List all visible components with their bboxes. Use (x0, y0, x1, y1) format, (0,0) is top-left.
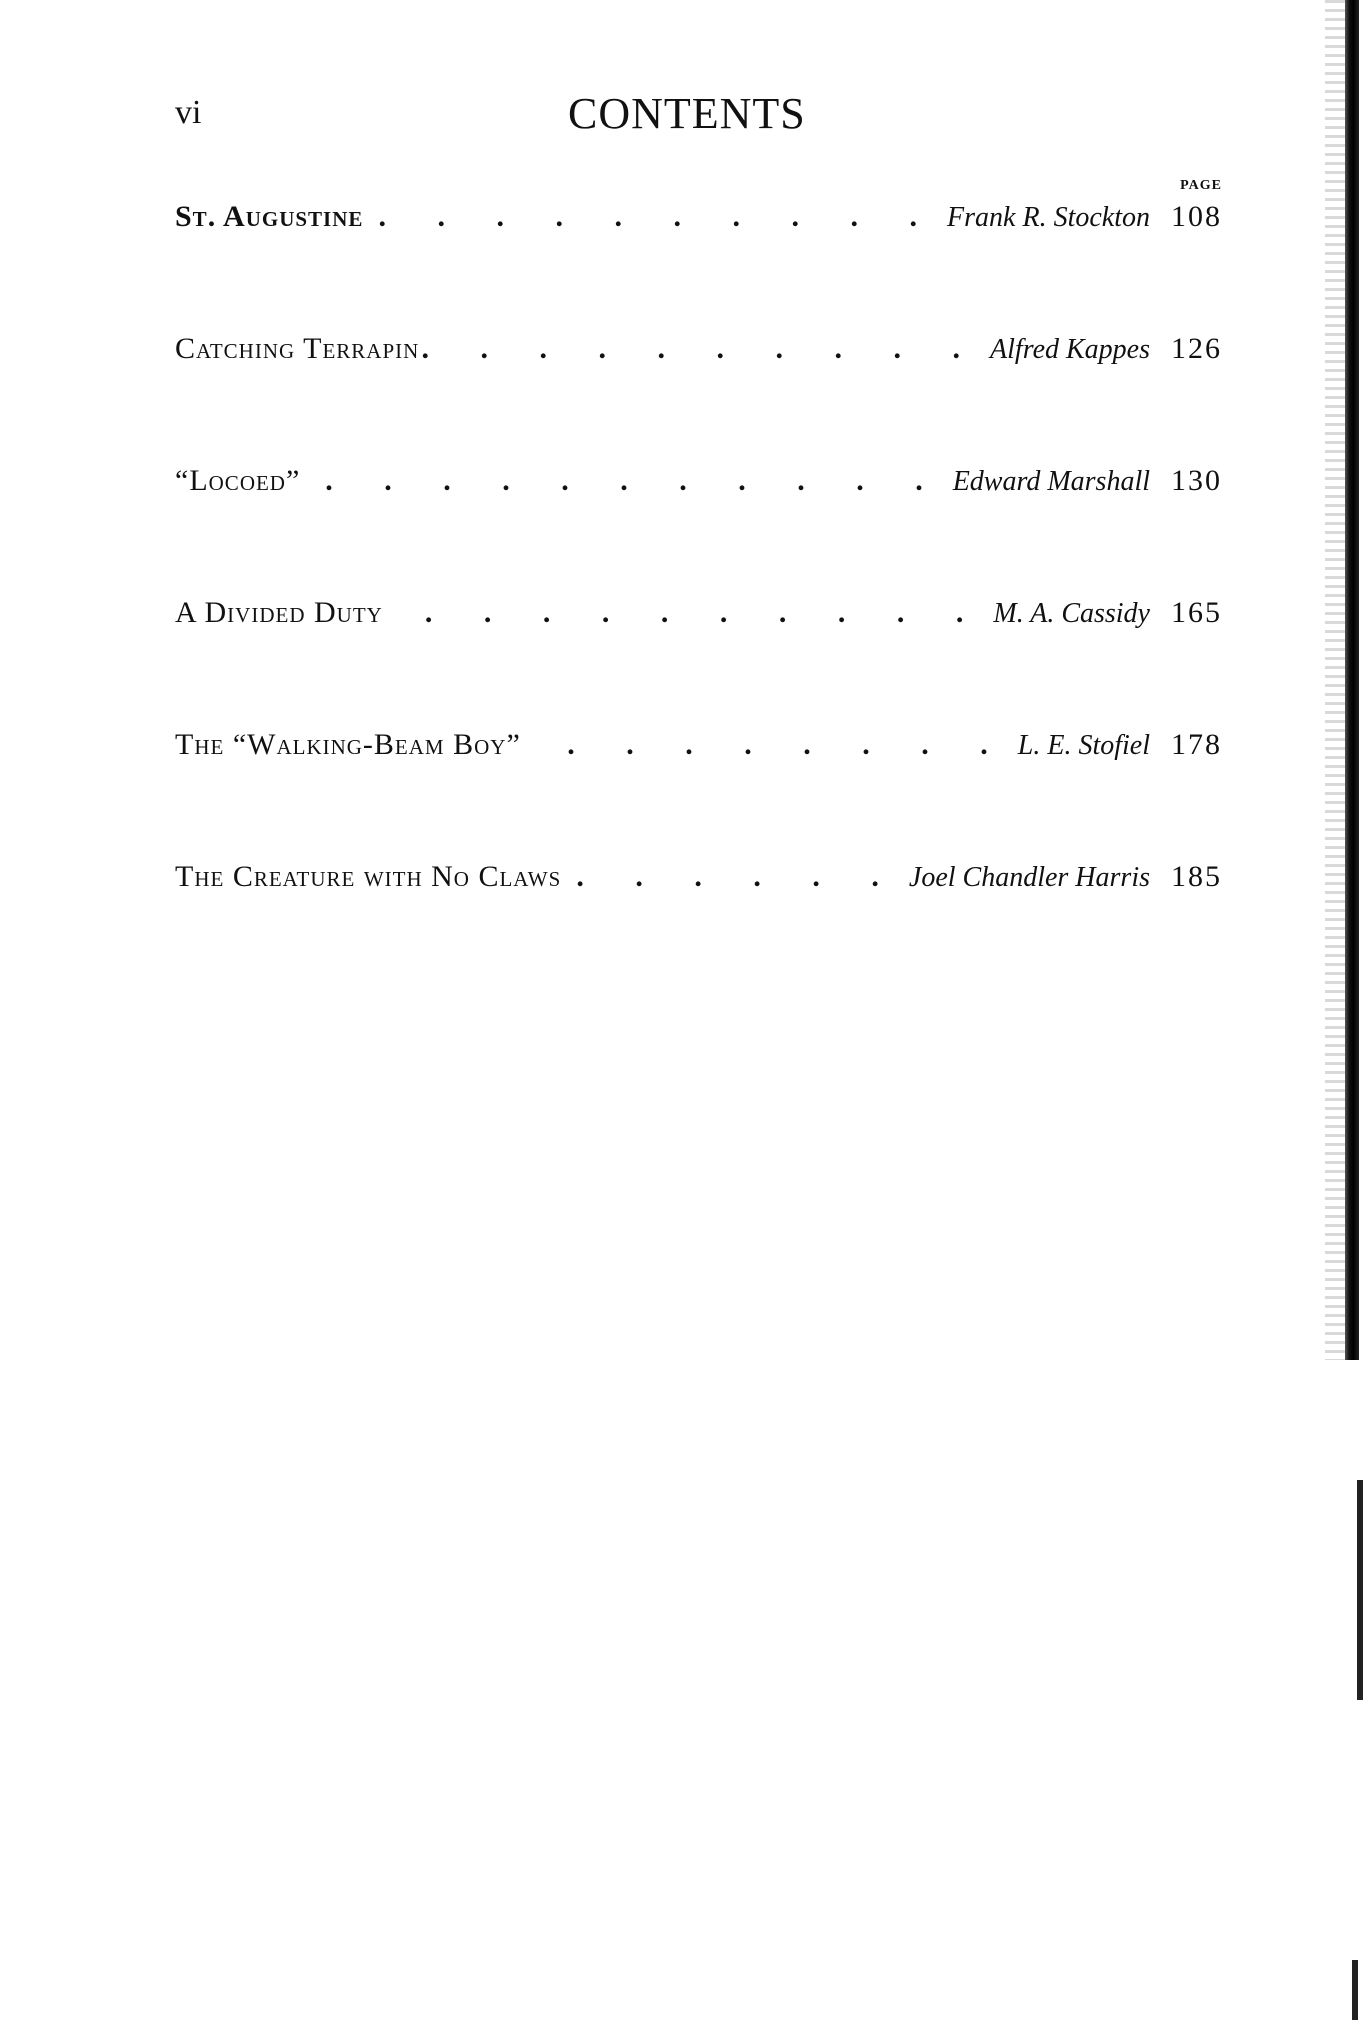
entry-page: 185 (1150, 860, 1222, 894)
dot-leader: . . . . . . . . . . . . . . . . . . . . … (521, 728, 1018, 762)
entry-page: 178 (1150, 728, 1222, 762)
dot-leader: . . . . . . . . . . . . . . . . . . . . … (300, 464, 952, 498)
entry-title: Catching Terrapin (175, 332, 419, 366)
dot-leader: . . . . . . . . . . . . . . . . . . . . … (363, 200, 947, 234)
entry-page: 126 (1150, 332, 1222, 366)
entry-title: “Locoed” (175, 464, 300, 498)
entry-page: 108 (1150, 200, 1222, 234)
entry-author: M. A. Cassidy (993, 598, 1150, 630)
dot-leader: . . . . . . . . . . . . . . . . . . . . … (561, 860, 909, 894)
toc-entry[interactable]: Catching Terrapin . . . . . . . . . . . … (175, 332, 1222, 376)
entry-title: A Divided Duty (175, 596, 383, 630)
page-title: CONTENTS (568, 88, 806, 139)
toc-entry[interactable]: The “Walking-Beam Boy” . . . . . . . . .… (175, 728, 1222, 772)
dot-leader: . . . . . . . . . . . . . . . . . . . . … (383, 596, 994, 630)
entry-author: Joel Chandler Harris (909, 862, 1150, 894)
entry-title: The Creature with No Claws (175, 860, 561, 894)
toc-entry[interactable]: A Divided Duty . . . . . . . . . . . . .… (175, 596, 1222, 640)
entry-author: Frank R. Stockton (947, 202, 1150, 234)
entry-author: Edward Marshall (953, 466, 1150, 498)
binding-shadow (1325, 0, 1347, 1360)
entry-page: 165 (1150, 596, 1222, 630)
dot-leader: . . . . . . . . . . . . . . . . . . . . … (419, 332, 990, 366)
entry-title: The “Walking-Beam Boy” (175, 728, 521, 762)
entry-author: L. E. Stofiel (1018, 730, 1150, 762)
toc-entry[interactable]: The Creature with No Claws . . . . . . .… (175, 860, 1222, 904)
entry-title: St. Augustine (175, 200, 363, 234)
entry-page: 130 (1150, 464, 1222, 498)
page-number: vi (175, 94, 201, 132)
toc-entry[interactable]: “Locoed” . . . . . . . . . . . . . . . .… (175, 464, 1222, 508)
page-binding-edge (1345, 0, 1359, 1360)
page-binding-edge-lower (1357, 1480, 1363, 1700)
page-column-heading: PAGE (1160, 178, 1222, 194)
page-binding-edge-bottom (1352, 1960, 1358, 2020)
entry-author: Alfred Kappes (990, 334, 1150, 366)
toc-entry[interactable]: St. Augustine . . . . . . . . . . . . . … (175, 200, 1222, 244)
